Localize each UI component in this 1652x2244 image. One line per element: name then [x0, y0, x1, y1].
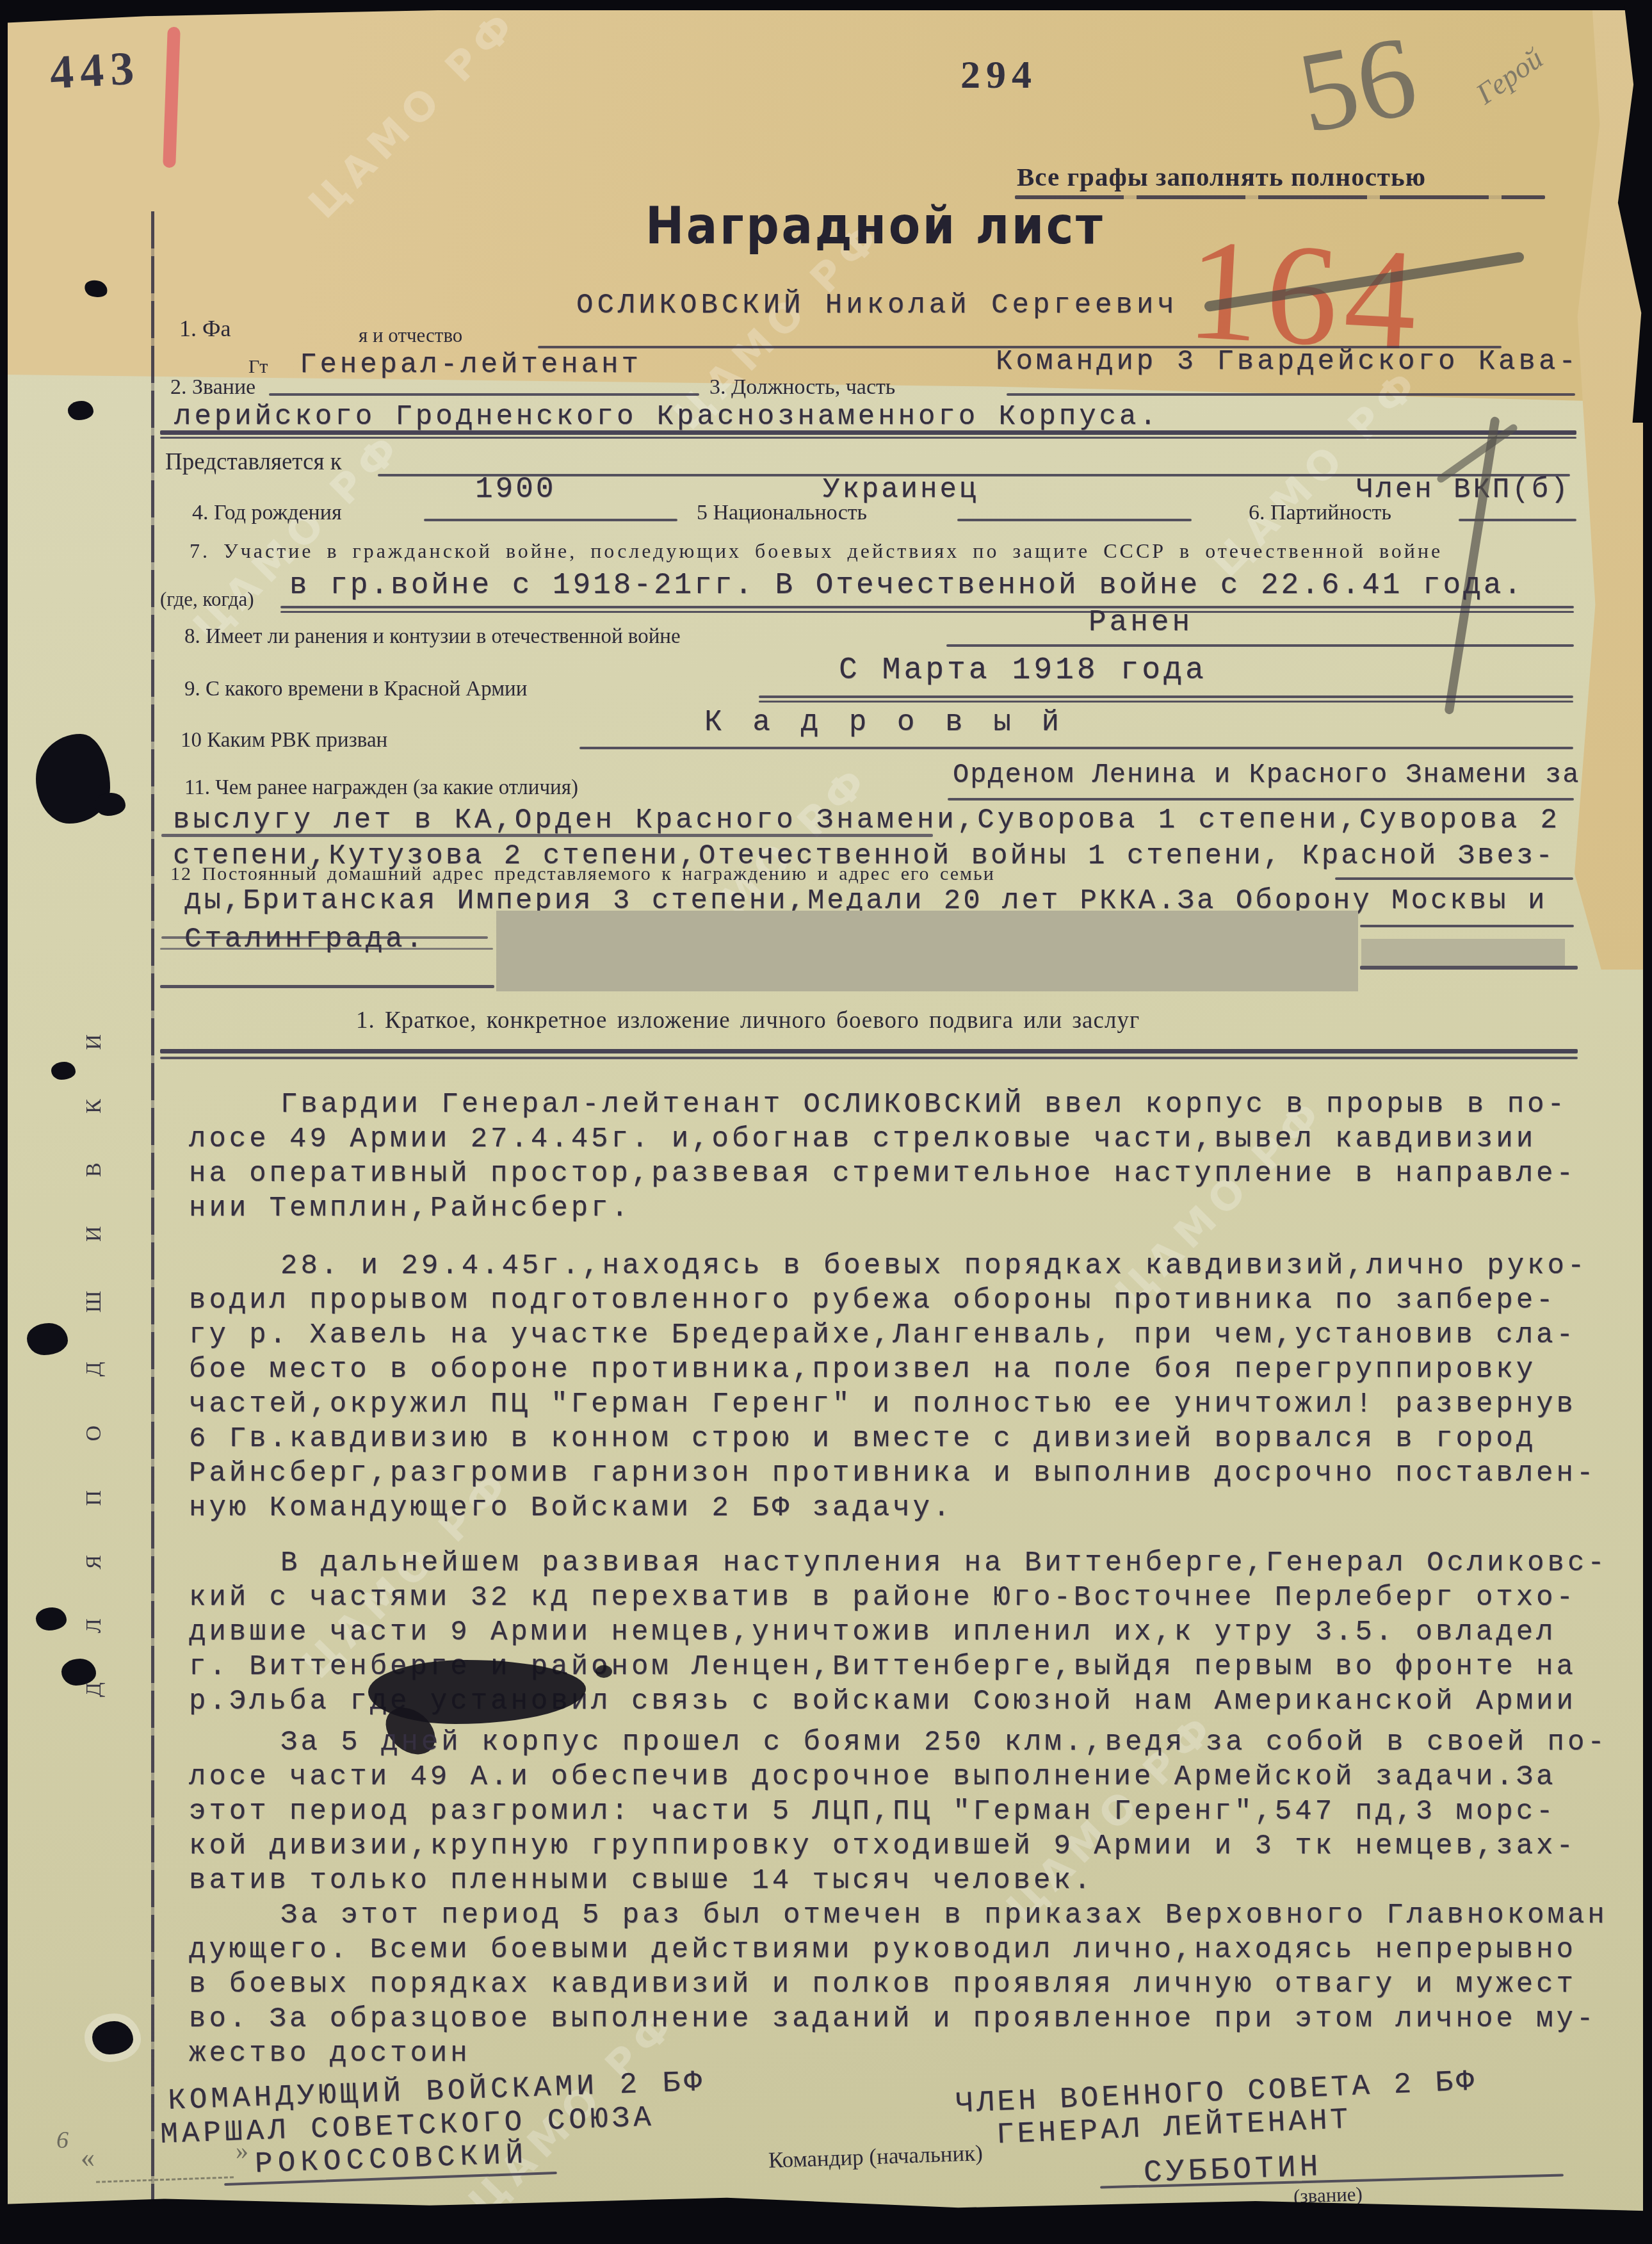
form-line	[269, 393, 699, 396]
form-line	[161, 936, 488, 939]
field-rank-value: Генерал-лейтенант	[300, 349, 642, 381]
punch-hole	[36, 1607, 67, 1630]
form-line	[160, 437, 1576, 439]
punch-hole	[92, 2021, 133, 2054]
field-wounds-label: 8. Имеет ли ранения и контузии в отечест…	[184, 625, 681, 649]
section-rule	[160, 1057, 1578, 1059]
section-header: 1. Краткое, конкретное изложение личного…	[356, 1007, 1140, 1034]
document-title: Наградной лист	[645, 196, 1105, 256]
body-line: Райнсберг,разгромив гарнизон противника …	[189, 1458, 1596, 1490]
form-line-heavy	[160, 430, 1576, 435]
body-line: кий с частями 32 кд перехватив в районе …	[189, 1582, 1576, 1614]
field-nationality-label: 5 Национальность	[697, 501, 867, 525]
form-line	[957, 519, 1192, 521]
body-line: дившие части 9 Армии немцев,уничтожив ип…	[189, 1616, 1557, 1648]
form-line	[161, 834, 933, 837]
form-line	[579, 747, 1573, 749]
scanned-award-sheet-page: ЦАМО РФ ЦАМО РФ ЦАМО РФ ЦАМО РФ ЦАМО РФ …	[0, 0, 1652, 2244]
body-line: лосе 49 Армии 27.4.45г. и,обогнав стрелк…	[189, 1123, 1536, 1155]
body-line: дующего. Всеми боевыми действиями руково…	[189, 1934, 1576, 1966]
field-drafted-by-label: 10 Каким РВК призван	[181, 729, 387, 752]
body-line: частей,окружил ПЦ "Герман Геренг" и полн…	[189, 1388, 1576, 1420]
form-line	[1335, 877, 1573, 880]
corner-number-stamp: 443	[49, 41, 142, 100]
field-unit-value-line1: Командир 3 Гвардейского Кава-	[996, 346, 1579, 378]
redaction-box	[496, 911, 1358, 991]
body-line: бое место в обороне противника,произвел …	[189, 1354, 1536, 1386]
body-line: лосе части 49 А.и обеспечив досрочное вы…	[189, 1761, 1557, 1793]
page-number-stamp: 294	[960, 53, 1037, 98]
body-line: ную Командующего Войсками 2 БФ задачу.	[189, 1492, 953, 1524]
form-line	[1360, 966, 1578, 970]
torn-edge-right-lower	[1643, 384, 1652, 2244]
body-line: в боевых порядках кавдивизий и полков пр…	[189, 1969, 1576, 2001]
body-line: 6 Гв.кавдивизию в конном строю и вместе …	[189, 1423, 1536, 1455]
field-awards-value-line1: Орденом Ленина и Красного Знамени за	[953, 760, 1580, 790]
field-war-participation-value: в гр.войне с 1918-21гг. В Отечественной …	[289, 569, 1524, 602]
body-line: гу р. Хавель на участке Бредерайхе,Ланге…	[189, 1319, 1576, 1351]
redaction-box	[1361, 939, 1565, 966]
form-line	[160, 948, 493, 950]
field-drafted-by-value: К а д р о в ы й	[704, 706, 1065, 739]
body-line: водил прорывом подготовленного рубежа об…	[189, 1285, 1557, 1317]
field-awards-label: 11. Чем ранее награжден (за какие отличи…	[184, 776, 578, 800]
punch-hole	[51, 1062, 76, 1080]
field-war-participation-label: 7. Участие в гражданской войне, последую…	[190, 539, 1443, 563]
punch-hole	[27, 1323, 68, 1355]
field-name-label-start: 1. Фа	[179, 315, 231, 342]
form-line	[424, 519, 677, 521]
body-line: во. За образцовое выполнение заданий и п…	[189, 2003, 1596, 2035]
body-line: этот период разгромил: части 5 ЛЦП,ПЦ "Г…	[189, 1796, 1557, 1828]
margin-vertical-text: Д Л Я П О Д Ш И В К И	[82, 788, 106, 1697]
presented-for-label: Представляется к	[165, 448, 342, 476]
field-birth-year-label: 4. Год рождения	[192, 501, 342, 525]
body-line: Гвардии Генерал-лейтенант ОСЛИКОВСКИЙ вв…	[280, 1089, 1567, 1121]
form-line	[759, 695, 1573, 698]
body-line: нии Темплин,Райнсберг.	[189, 1192, 631, 1224]
field-name-label-end: я и отчество	[359, 324, 462, 347]
body-line: кой дивизии,крупную группировку отходивш…	[189, 1830, 1576, 1862]
field-army-since-value: С Марта 1918 года	[839, 653, 1207, 688]
field-war-participation-sublabel: (где, когда)	[160, 588, 254, 611]
body-line: За этот период 5 раз был отмечен в прика…	[280, 1899, 1608, 1931]
body-line: За 5 дней корпус прошел с боями 250 клм.…	[280, 1727, 1608, 1759]
section-rule-heavy	[160, 1049, 1578, 1053]
quote-open-mark: «	[81, 2142, 95, 2174]
form-line	[160, 985, 494, 988]
margin-vertical-rule	[151, 211, 154, 2204]
field-name-value: ОСЛИКОВСКИЙ Николай Сергеевич	[576, 289, 1178, 321]
form-line	[280, 611, 1574, 613]
pencil-mark: 6	[56, 2126, 69, 2154]
body-line: на оперативный простор,развевая стремите…	[189, 1158, 1576, 1190]
field-home-address-label: 12 Постоянный домашний адрес представляе…	[170, 863, 995, 885]
form-line	[1007, 393, 1575, 396]
field-unit-label: 3. Должность, часть	[709, 375, 895, 400]
punch-hole	[68, 401, 93, 420]
torn-text-fragment: Гт	[248, 356, 268, 378]
field-wounds-value: Ранен	[1089, 606, 1193, 639]
form-line	[280, 606, 1574, 608]
pencil-number: 56	[1289, 9, 1425, 159]
field-unit-value-line2: лерийского Гродненского Краснознаменного…	[174, 401, 1160, 433]
field-awards-value-line2: выслугу лет в КА,Орден Красного Знамени,…	[173, 804, 1560, 836]
form-line	[759, 701, 1573, 703]
field-rank-label: 2. Звание	[170, 375, 255, 400]
field-birth-year-value: 1900	[475, 473, 556, 506]
body-line: жество достоин	[189, 2038, 471, 2070]
body-line: ватив только пленными свыше 14 тысяч чел…	[189, 1865, 1094, 1897]
field-party-label: 6. Партийность	[1249, 501, 1391, 525]
form-line	[1360, 925, 1574, 927]
form-line	[948, 798, 1574, 801]
fill-instruction: Все графы заполнять полностью	[1017, 161, 1426, 192]
field-army-since-label: 9. С какого времени в Красной Армии	[184, 678, 527, 701]
quote-close-mark: »	[236, 2135, 248, 2165]
ink-blot	[595, 1665, 612, 1678]
torn-edge-left	[0, 0, 8, 2244]
form-line	[946, 644, 1574, 647]
body-line: 28. и 29.4.45г.,находясь в боевых порядк…	[280, 1250, 1587, 1282]
body-line: В дальнейшем развивая наступления на Вит…	[280, 1547, 1608, 1579]
field-awards-value-line5: Сталинграда.	[184, 923, 426, 955]
